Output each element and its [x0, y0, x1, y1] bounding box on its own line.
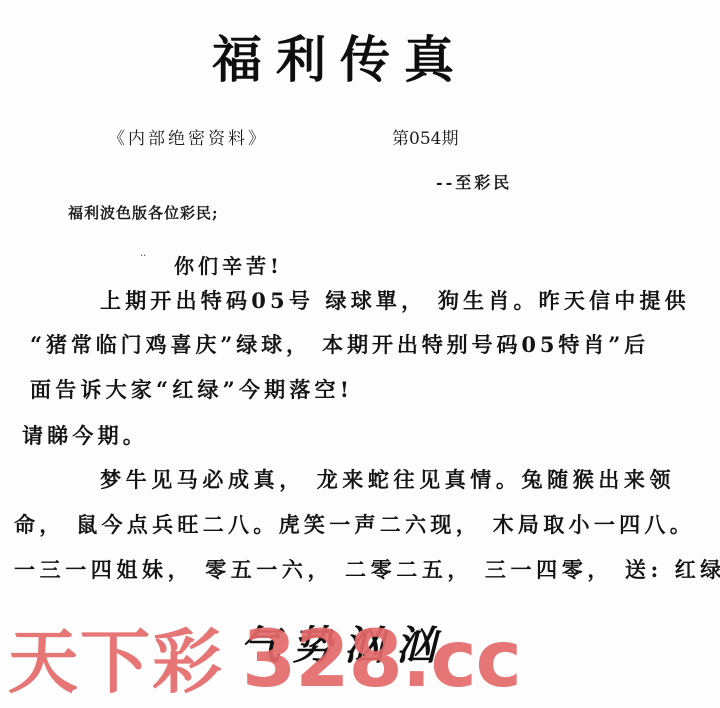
salutation: 福利波色版各位彩民;: [68, 202, 219, 223]
body-line-3: 面告诉大家“红绿”今期落空!: [30, 376, 353, 404]
watermark-domain: 328.cc: [242, 615, 521, 705]
decorative-dots: ..: [140, 248, 146, 259]
body-line-5: 梦牛见马必成真， 龙来蛇往见真情。兔随猴出来领: [100, 466, 675, 494]
body-line-4: 请睇今期。: [22, 422, 148, 450]
watermark: 天下彩328.cc: [8, 618, 521, 704]
signature: --至彩民: [436, 170, 512, 193]
body-line-6: 命， 鼠今点兵旺二八。虎笑一声二六现， 木局取小一四八。: [14, 511, 695, 539]
watermark-chinese: 天下彩: [8, 621, 224, 703]
body-line-7: 一三一四姐妹， 零五一六， 二零二五， 三一四零， 送: 红绿: [14, 556, 720, 584]
body-line-2: “猪常临门鸡喜庆”绿球， 本期开出特别号码05特肖”后: [30, 331, 649, 359]
body-line-1: 上期开出特码05号 绿球單， 狗生肖。昨天信中提供: [100, 287, 690, 315]
document-title: 福利传真: [212, 30, 502, 90]
document-subtitle: 《内部绝密资料》: [108, 124, 268, 149]
issue-number: 第054期: [392, 124, 458, 149]
fax-document-page: 福利传真 《内部绝密资料》 第054期 --至彩民 福利波色版各位彩民; .. …: [0, 0, 720, 708]
greeting: 你们辛苦!: [174, 250, 283, 279]
